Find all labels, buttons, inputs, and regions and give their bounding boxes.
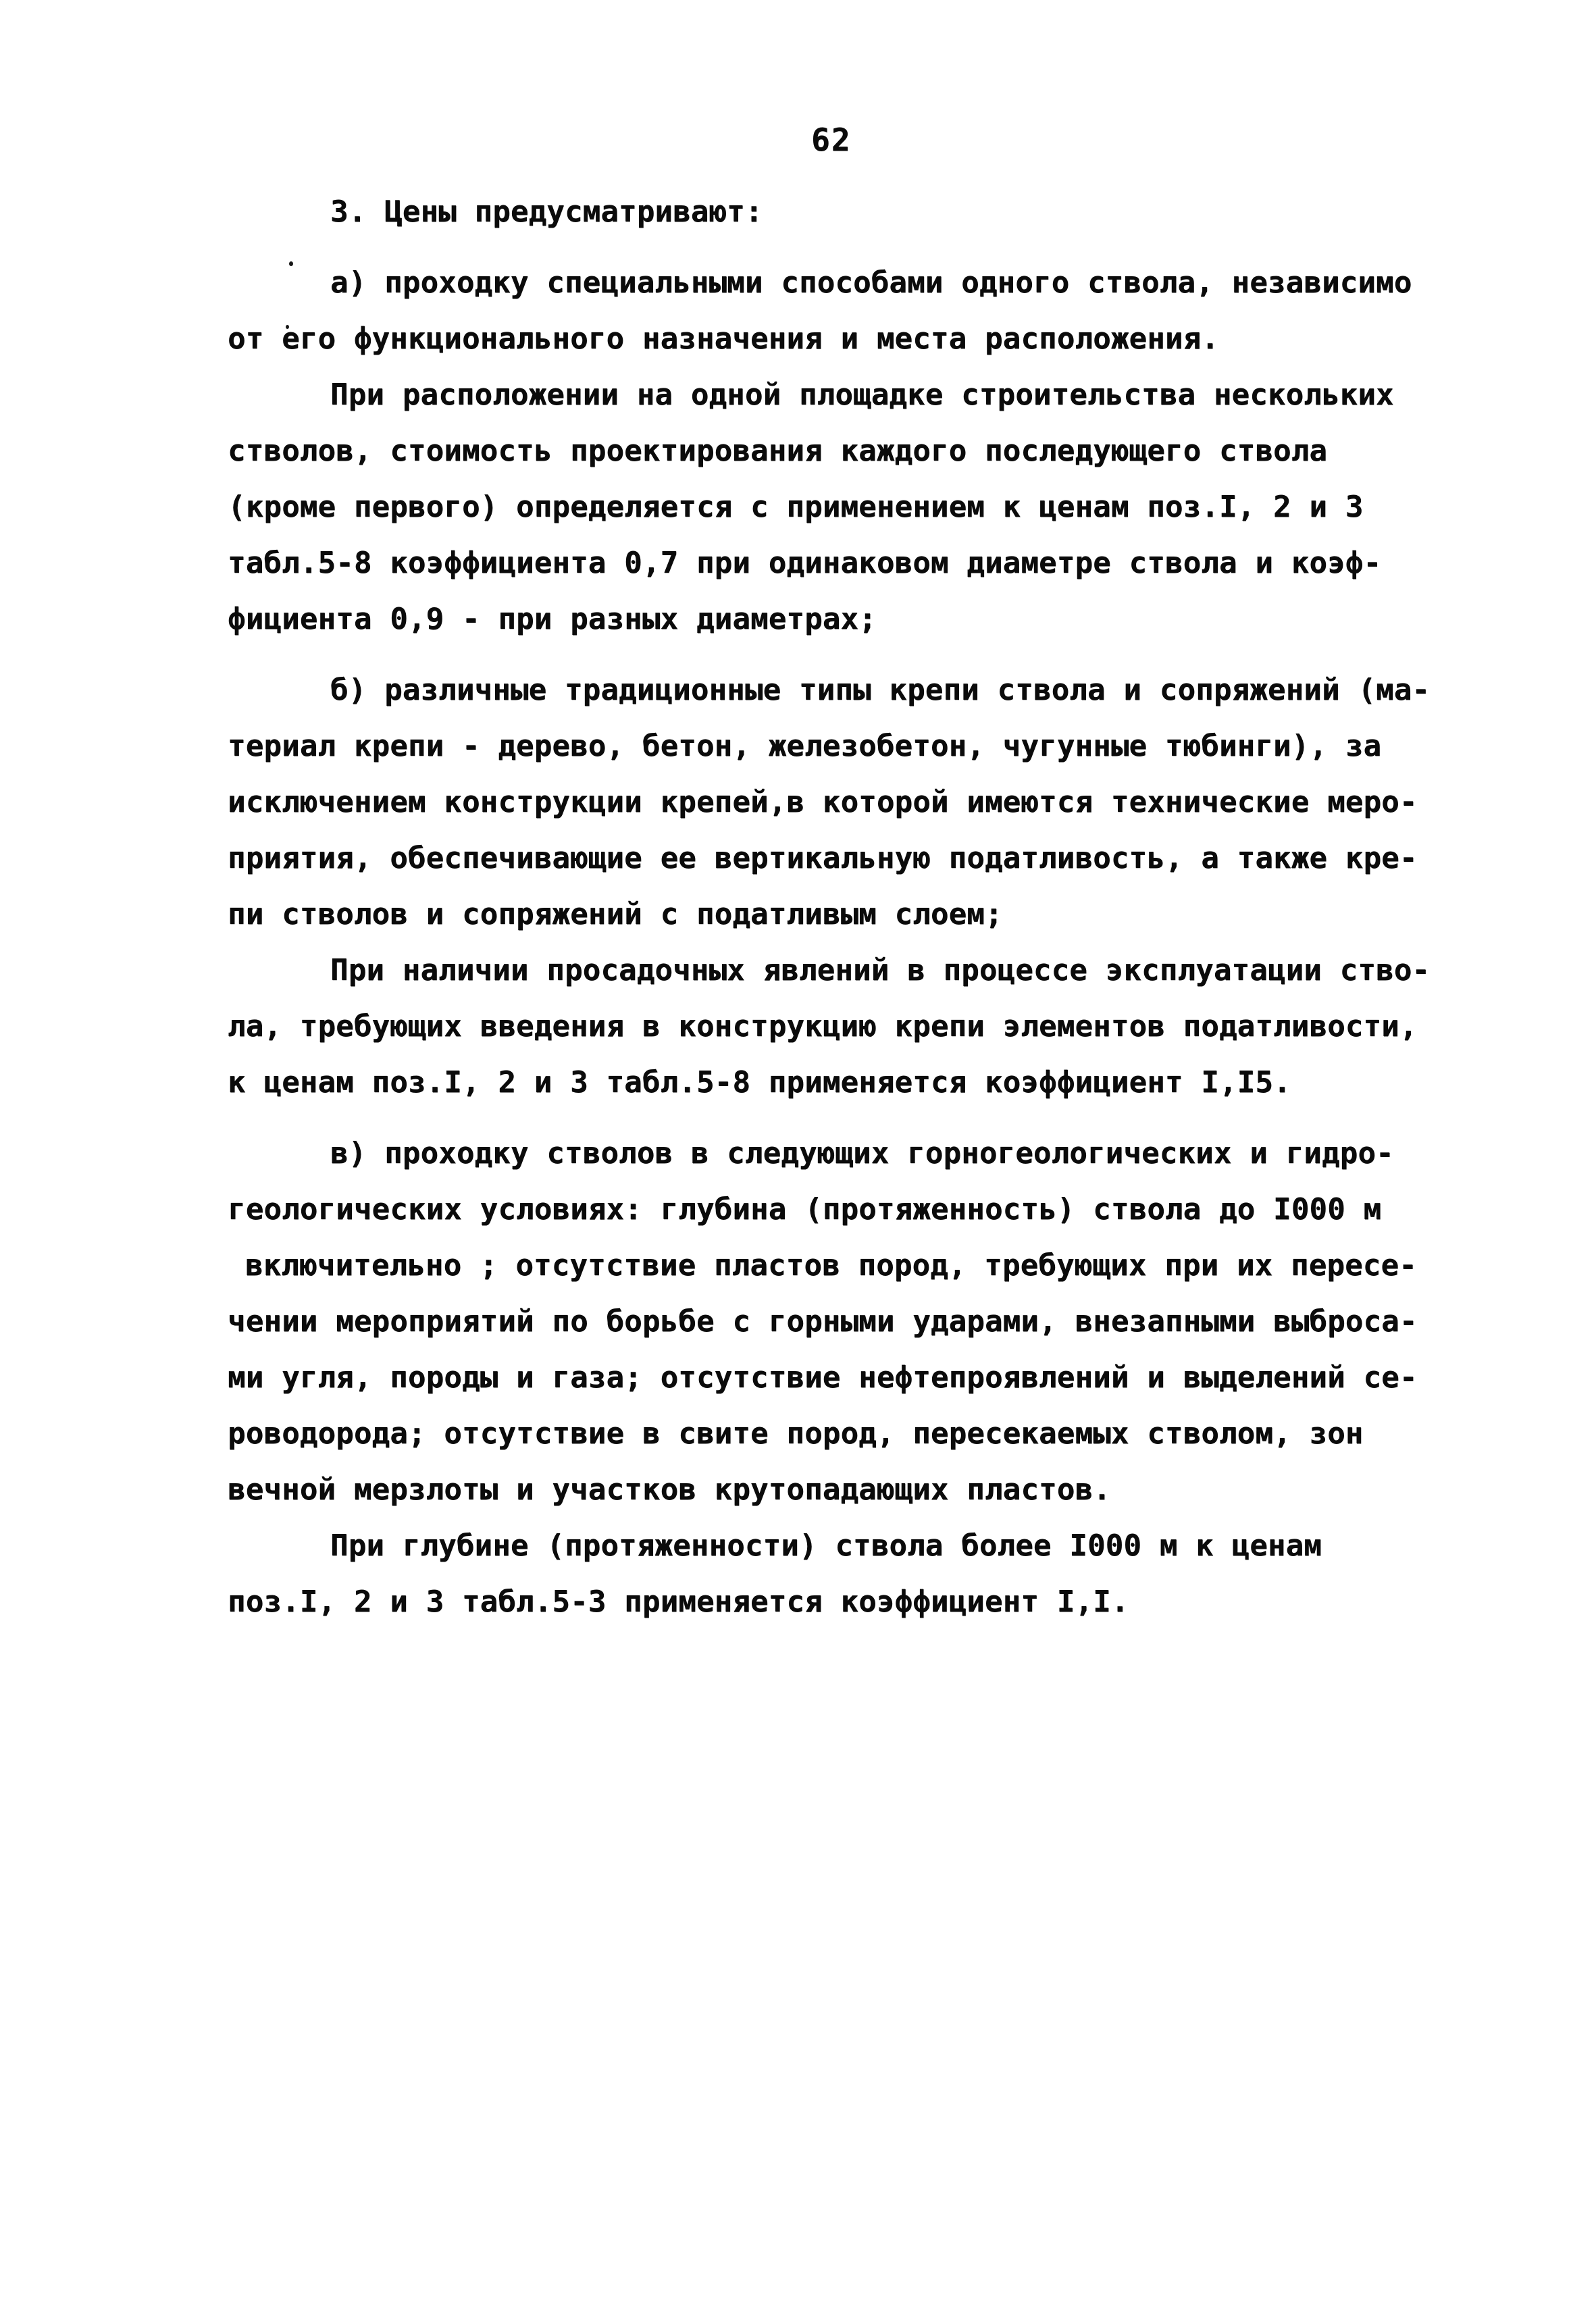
- text-line: ла, требующих введения в конструкцию кре…: [228, 998, 1437, 1054]
- text-line: в) проходку стволов в следующих горногео…: [228, 1125, 1437, 1181]
- paragraph: в) проходку стволов в следующих горногео…: [228, 1125, 1437, 1518]
- text-line: б) различные традиционные типы крепи ств…: [228, 662, 1437, 718]
- document-page: 62 3. Цены предусматривают:а) проходку с…: [0, 0, 1596, 2314]
- text-line: (кроме первого) определяется с применени…: [228, 479, 1437, 535]
- text-line: пи стволов и сопряжений с податливым сло…: [228, 886, 1437, 942]
- paragraph: а) проходку специальными способами одног…: [228, 255, 1437, 367]
- text-line: поз.I, 2 и 3 табл.5-3 применяется коэффи…: [228, 1574, 1437, 1630]
- text-body: 3. Цены предусматривают:а) проходку спец…: [228, 184, 1437, 1630]
- text-line: При глубине (протяженности) ствола более…: [228, 1518, 1437, 1574]
- text-line: геологических условиях: глубина (протяже…: [228, 1181, 1437, 1237]
- text-line: а) проходку специальными способами одног…: [228, 255, 1437, 311]
- text-line: табл.5-8 коэффициента 0,7 при одинаковом…: [228, 535, 1437, 591]
- paragraph: б) различные традиционные типы крепи ств…: [228, 662, 1437, 942]
- text-line: фициента 0,9 - при разных диаметрах;: [228, 591, 1437, 647]
- text-line: При наличии просадочных явлений в процес…: [228, 942, 1437, 998]
- text-line: При расположении на одной площадке строи…: [228, 367, 1437, 423]
- text-line: стволов, стоимость проектирования каждог…: [228, 423, 1437, 479]
- text-line: включительно ; отсутствие пластов пород,…: [228, 1237, 1437, 1293]
- text-line: от его функционального назначения и мест…: [228, 311, 1437, 367]
- page-number: 62: [811, 124, 851, 155]
- ink-speck: [289, 261, 293, 266]
- text-line: териал крепи - дерево, бетон, железобето…: [228, 718, 1437, 774]
- text-line: чении мероприятий по борьбе с горными уд…: [228, 1293, 1437, 1349]
- text-line: 3. Цены предусматривают:: [228, 184, 1437, 240]
- text-line: приятия, обеспечивающие ее вертикальную …: [228, 830, 1437, 886]
- text-line: ми угля, породы и газа; отсутствие нефте…: [228, 1349, 1437, 1406]
- paragraph: 3. Цены предусматривают:: [228, 184, 1437, 240]
- text-line: вечной мерзлоты и участков крутопадающих…: [228, 1462, 1437, 1518]
- text-line: роводорода; отсутствие в свите пород, пе…: [228, 1406, 1437, 1462]
- paragraph: При расположении на одной площадке строи…: [228, 367, 1437, 647]
- paragraph: При наличии просадочных явлений в процес…: [228, 942, 1437, 1110]
- text-line: исключением конструкции крепей,в которой…: [228, 774, 1437, 830]
- text-line: к ценам поз.I, 2 и 3 табл.5-8 применяетс…: [228, 1054, 1437, 1110]
- paragraph: При глубине (протяженности) ствола более…: [228, 1518, 1437, 1630]
- ink-speck: [286, 325, 289, 329]
